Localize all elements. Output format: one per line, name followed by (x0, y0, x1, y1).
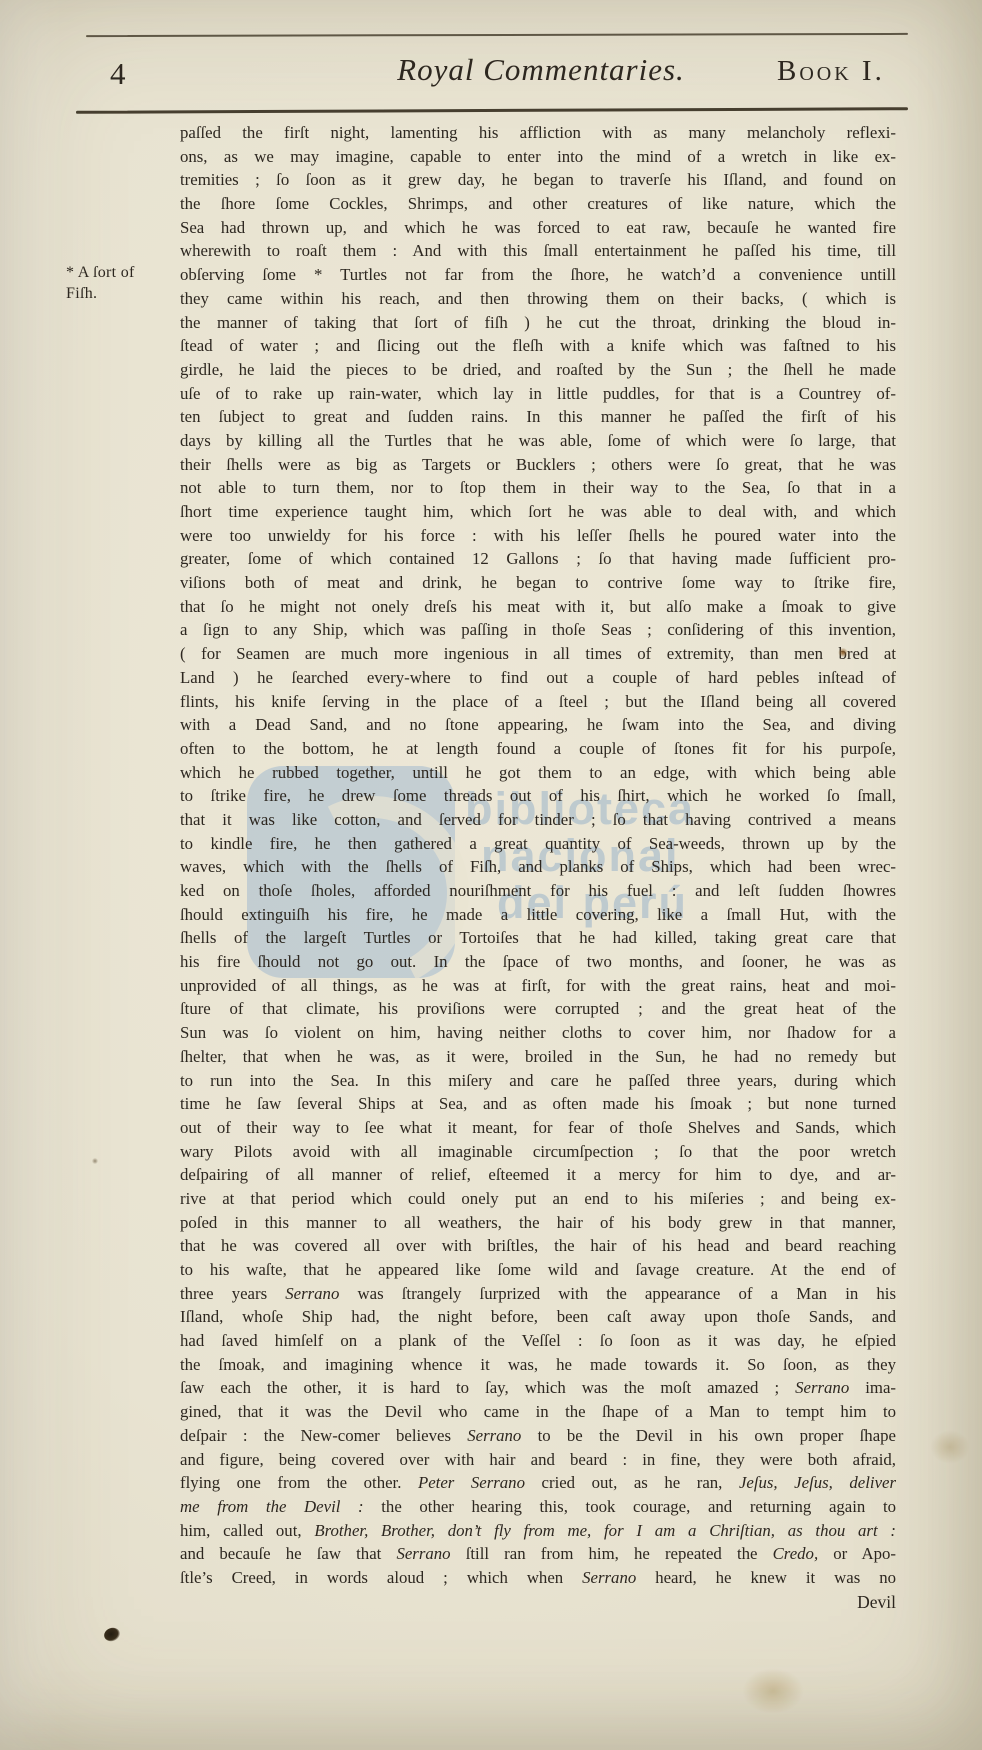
text-line: flints, his knife ſerving in the place o… (180, 690, 896, 714)
header-top-rule (86, 33, 908, 37)
text-line: that he was covered all over with briſtl… (180, 1234, 896, 1258)
text-line: waves, which with the ſhells of Fiſh, an… (180, 855, 896, 879)
text-line: greater, ſome of which contained 12 Gall… (180, 547, 896, 571)
text-line: and figure, being covered over with hair… (180, 1448, 896, 1472)
text-line: ſture of that climate, his proviſions we… (180, 997, 896, 1021)
scan-edge-highlight (0, 0, 64, 1750)
text-line: wary Pilots avoid with all imaginable ci… (180, 1140, 896, 1164)
text-line: his fire ſhould not go out. In the ſpace… (180, 950, 896, 974)
text-line: Land ) he ſearched every-where to find o… (180, 666, 896, 690)
text-line: ons, as we may imagine, capable to enter… (180, 145, 896, 169)
text-line: to kindle fire, he then gathered a great… (180, 832, 896, 856)
catchword: Devil (180, 1590, 896, 1614)
text-line: a ſign to any Ship, which was paſſing in… (180, 618, 896, 642)
text-line: had ſaved himſelf on a plank of the Veſſ… (180, 1329, 896, 1353)
text-line: ſhort time experience taught him, which … (180, 500, 896, 524)
text-line: often to the bottom, he at length found … (180, 737, 896, 761)
text-line: flying one from the other. Peter Serrano… (180, 1471, 896, 1495)
text-line: and becauſe he ſaw that Serrano ſtill ra… (180, 1542, 896, 1566)
text-line: which he rubbed together, untill he got … (180, 761, 896, 785)
text-line: they came within his reach, and then thr… (180, 287, 896, 311)
text-line: unprovided of all things, as he was at f… (180, 974, 896, 998)
text-line: to ſtrike fire, he drew ſome threads out… (180, 784, 896, 808)
text-line: Iſland, whoſe Ship had, the night before… (180, 1305, 896, 1329)
ink-spot (102, 1626, 121, 1644)
text-line: were too unwieldy for his force : with h… (180, 524, 896, 548)
text-line: ( for Seamen are much more ingenious in … (180, 642, 896, 666)
text-line: deſpair : the New-comer believes Serrano… (180, 1424, 896, 1448)
text-line: ked on thoſe ſholes, afforded nouriſhmen… (180, 879, 896, 903)
text-line: ſhells of the largeſt Turtles or Tortoiſ… (180, 926, 896, 950)
body-text: paſſed the firſt night, lamenting his af… (180, 121, 896, 1590)
text-line: the ſhore ſome Cockles, Shrimps, and oth… (180, 192, 896, 216)
text-line: ſhelter, that when he was, as it were, b… (180, 1045, 896, 1069)
text-line: ſtead of water ; and ſlicing out the fle… (180, 334, 896, 358)
foxing-speck (92, 1158, 98, 1164)
text-line: ſtle’s Creed, in words aloud ; which whe… (180, 1566, 896, 1590)
text-line: wherewith to roaſt them : And with this … (180, 239, 896, 263)
text-line: him, called out, Brother, Brother, don’t… (180, 1519, 896, 1543)
text-line: the ſmoak, and imagining whence it was, … (180, 1353, 896, 1377)
text-line: ſhould extinguiſh his fire, he made a li… (180, 903, 896, 927)
header-bottom-rule (76, 107, 908, 114)
text-line: Sea had thrown up, and which he was forc… (180, 216, 896, 240)
foxing-stain (930, 1430, 970, 1464)
foxing-stain (742, 1668, 804, 1714)
text-line: the manner of taking that ſort of fiſh )… (180, 311, 896, 335)
text-line: ten ſubject to great and ſudden rains. I… (180, 405, 896, 429)
text-line: gined, that it was the Devil who came in… (180, 1400, 896, 1424)
text-line: three years Serrano was ſtrangely ſurpri… (180, 1282, 896, 1306)
text-line: deſpairing of all manner of relief, eſte… (180, 1163, 896, 1187)
text-line: ſaw each the other, it is hard to ſay, w… (180, 1376, 896, 1400)
text-line: paſſed the firſt night, lamenting his af… (180, 121, 896, 145)
page-number: 4 (110, 56, 127, 92)
text-line: viſions both of meat and drink, he began… (180, 571, 896, 595)
text-line: Sun was ſo violent on him, having neithe… (180, 1021, 896, 1045)
margin-note: * A ſort of Fiſh. (66, 262, 170, 304)
text-line: days by killing all the Turtles that he … (180, 429, 896, 453)
text-line: out of their way to ſee what it meant, f… (180, 1116, 896, 1140)
text-line: obſerving ſome * Turtles not far from th… (180, 263, 896, 287)
text-line: me from the Devil : the other hearing th… (180, 1495, 896, 1519)
text-line: tremities ; ſo ſoon as it grew day, he b… (180, 168, 896, 192)
text-line: with a Dead Sand, and no ſtone appearing… (180, 713, 896, 737)
text-line: time he ſaw ſeveral Ships at Sea, and as… (180, 1092, 896, 1116)
text-line: girdle, he laid the pieces to be dried, … (180, 358, 896, 382)
text-line: to his waſte, that he appeared like ſome… (180, 1258, 896, 1282)
book-label: Book I. (777, 55, 885, 88)
text-line: uſe of to rake up rain-water, which lay … (180, 382, 896, 406)
text-line: poſed in this manner to all weathers, th… (180, 1211, 896, 1235)
text-line: their ſhells were as big as Targets or B… (180, 453, 896, 477)
text-line: that ſo he might not onely dreſs his mea… (180, 595, 896, 619)
text-line: rive at that period which could onely pu… (180, 1187, 896, 1211)
text-line: that it was like cotton, and ſerved for … (180, 808, 896, 832)
text-line: to run into the Sea. In this miſery and … (180, 1069, 896, 1093)
text-line: not able to turn them, nor to ſtop them … (180, 476, 896, 500)
